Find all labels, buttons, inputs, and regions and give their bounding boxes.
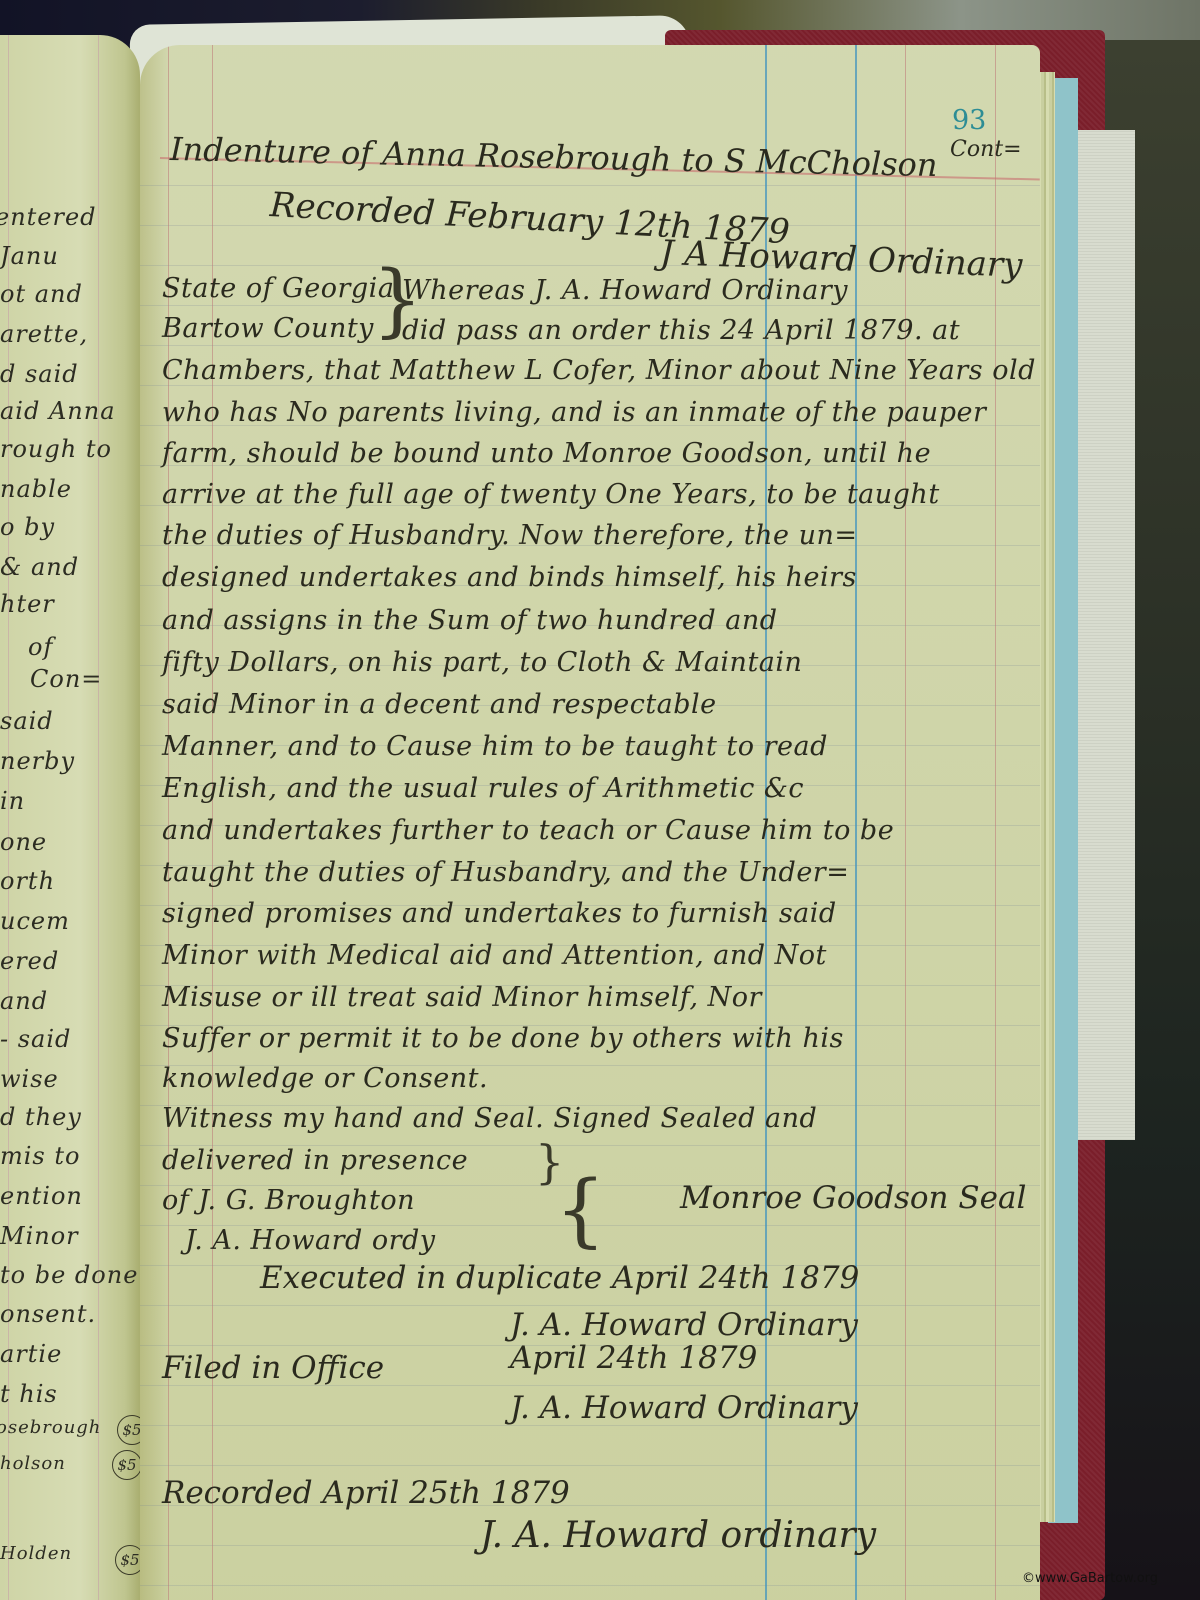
left-fragment: nerby [0,747,75,775]
watermark: ©www.GaBartow.org [1022,1571,1158,1586]
left-fragment: onsent. [0,1300,96,1328]
fee-mark: $5 [117,1415,140,1445]
left-fragment: one [0,828,47,856]
body-line: English, and the usual rules of Arithmet… [162,773,804,804]
left-fragment: Janu [0,242,59,270]
left-fragment: ot and [0,280,83,308]
left-fragment: & and [0,553,79,581]
left-fragment: d they [0,1103,82,1131]
left-fragment: entered [0,203,97,231]
left-fragment: of [28,633,53,661]
entry-title: Indenture of Anna Rosebrough to S McChol… [170,130,938,184]
left-fragment: mis to [0,1142,80,1170]
body-line: the duties of Husbandry. Now therefore, … [162,520,857,551]
body-line: arrive at the full age of twenty One Yea… [162,479,940,510]
body-line: Manner, and to Cause him to be taught to… [162,731,828,762]
left-fragment: ucem [0,907,70,935]
body-line: and assigns in the Sum of two hundred an… [162,605,778,636]
left-fragment: said [0,707,54,735]
left-fragment: o by [0,513,55,541]
left-fragment: ention [0,1182,83,1210]
left-fragment: and [0,987,48,1015]
left-fragment: aid Anna [0,397,116,425]
page-number: 93 [952,105,986,136]
body-line: knowledge or Consent. [162,1063,488,1094]
left-fragment: osebrough [0,1417,101,1438]
body-line: signed promises and undertakes to furnis… [162,898,837,929]
ledger-page: 93 Cont= Indenture of Anna Rosebrough to… [140,45,1040,1600]
body-line: did pass an order this 24 April 1879. at [402,315,960,346]
body-line: designed undertakes and binds himself, h… [162,562,857,593]
body-line: said Minor in a decent and respectable [162,689,717,720]
left-fragment: Holden [0,1543,72,1564]
fee-mark: $5 [115,1545,140,1575]
body-line: Whereas J. A. Howard Ordinary [402,275,848,306]
caption-county: Bartow County [162,313,374,344]
cover-cloth-strip [1075,130,1135,1140]
body-line: who has No parents living, and is an inm… [162,397,986,428]
left-fragment: t his [0,1380,58,1408]
left-fragment: d said [0,360,79,388]
left-fragment: rough to [0,435,112,463]
left-fragment: Con= [30,665,102,693]
body-line: Chambers, that Matthew L Cofer, Minor ab… [162,355,1036,386]
continuation-mark: Cont= [950,137,1022,162]
margin-rule [98,35,99,1600]
left-fragment: holson [0,1453,66,1474]
body-line: and undertakes further to teach or Cause… [162,815,894,846]
witness-2: J. A. Howard ordy [185,1225,436,1256]
body-line: taught the duties of Husbandry, and the … [162,857,849,888]
witness-1: of J. G. Broughton [162,1185,415,1216]
left-page: entered Janu ot and arette, d said aid A… [0,35,140,1600]
left-fragment: - said [0,1025,71,1053]
recorded-line: Recorded April 25th 1879 [162,1475,570,1511]
attestation-line: delivered in presence [162,1145,468,1176]
left-fragment: to be done [0,1261,138,1289]
filed-label: Filed in Office [162,1350,384,1386]
body-line: Witness my hand and Seal. Signed Sealed … [162,1103,817,1134]
left-fragment: Minor [0,1222,79,1250]
executed-line: Executed in duplicate April 24th 1879 [260,1260,859,1296]
witness-brace: { [555,1170,606,1250]
filed-date: April 24th 1879 [510,1340,757,1376]
caption-state: State of Georgia [162,273,394,304]
recorded-signature: J. A. Howard ordinary [480,1515,876,1556]
left-fragment: artie [0,1340,62,1368]
left-fragment: ered [0,947,59,975]
body-line: Minor with Medical aid and Attention, an… [162,940,827,971]
executed-signature: J. A. Howard Ordinary [510,1307,858,1343]
left-fragment: arette, [0,320,88,348]
left-fragment: orth [0,867,55,895]
left-fragment: in [0,787,25,815]
signer-signature: Monroe Goodson Seal [680,1180,1026,1216]
body-line: Suffer or permit it to be done by others… [162,1023,844,1054]
left-fragment: wise [0,1065,59,1093]
body-line: fifty Dollars, on his part, to Cloth & M… [162,647,802,678]
left-fragment: nable [0,475,72,503]
body-line: Misuse or ill treat said Minor himself, … [162,982,762,1013]
body-line: farm, should be bound unto Monroe Goodso… [162,438,931,469]
fee-mark: $5 [112,1450,140,1480]
left-fragment: hter [0,590,55,618]
filed-signature: J. A. Howard Ordinary [510,1390,858,1426]
